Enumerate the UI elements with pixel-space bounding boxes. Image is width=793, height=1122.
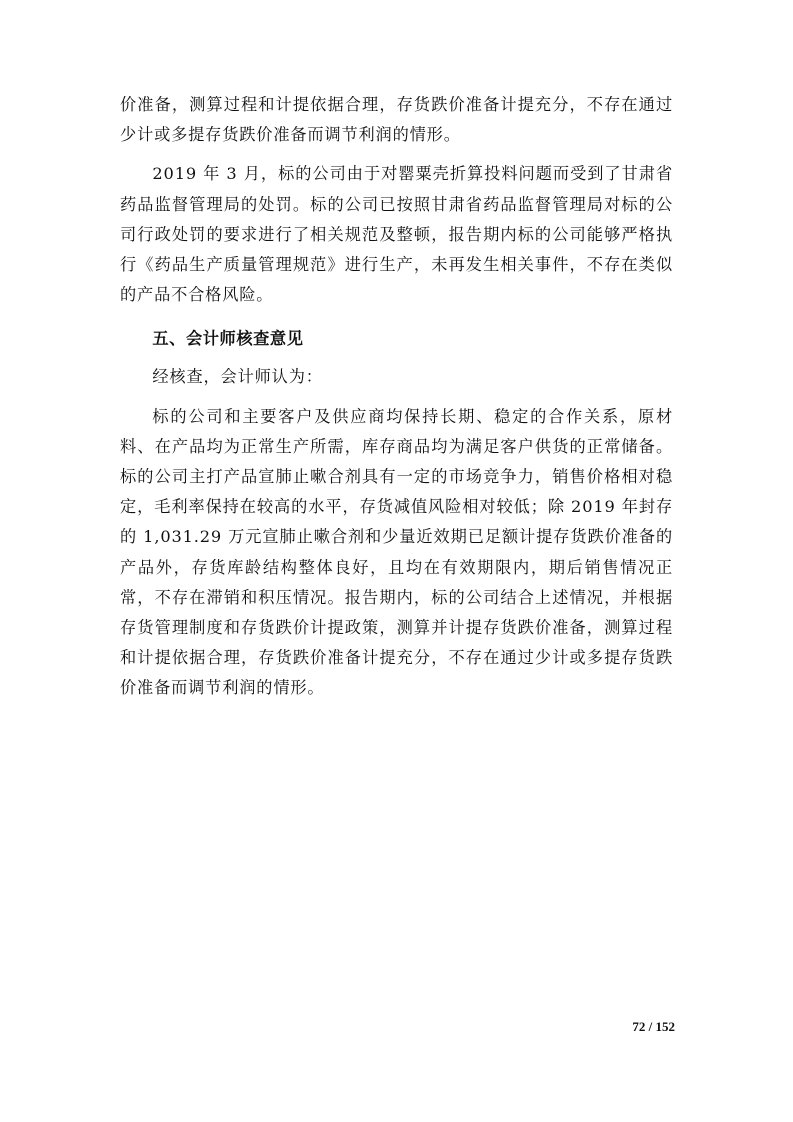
paragraph-continued-conclusion: 价准备，测算过程和计提依据合理，存货跌价准备计提充分，不存在通过少计或多提存货跌… [120,90,673,150]
paragraph-penalty-note: 2019 年 3 月，标的公司由于对罂粟壳折算投料问题而受到了甘肃省药品监督管理… [120,159,673,310]
document-page: 价准备，测算过程和计提依据合理，存货跌价准备计提充分，不存在通过少计或多提存货跌… [0,0,793,1122]
page-body: 价准备，测算过程和计提依据合理，存货跌价准备计提充分，不存在通过少计或多提存货跌… [120,90,673,704]
paragraph-auditor-intro: 经核查，会计师认为： [120,362,673,392]
page-number: 72 / 152 [632,1019,675,1035]
paragraph-auditor-opinion: 标的公司和主要客户及供应商均保持长期、稳定的合作关系，原材料、在产品均为正常生产… [120,402,673,704]
section-heading-auditor-opinion: 五、会计师核查意见 [120,324,673,354]
